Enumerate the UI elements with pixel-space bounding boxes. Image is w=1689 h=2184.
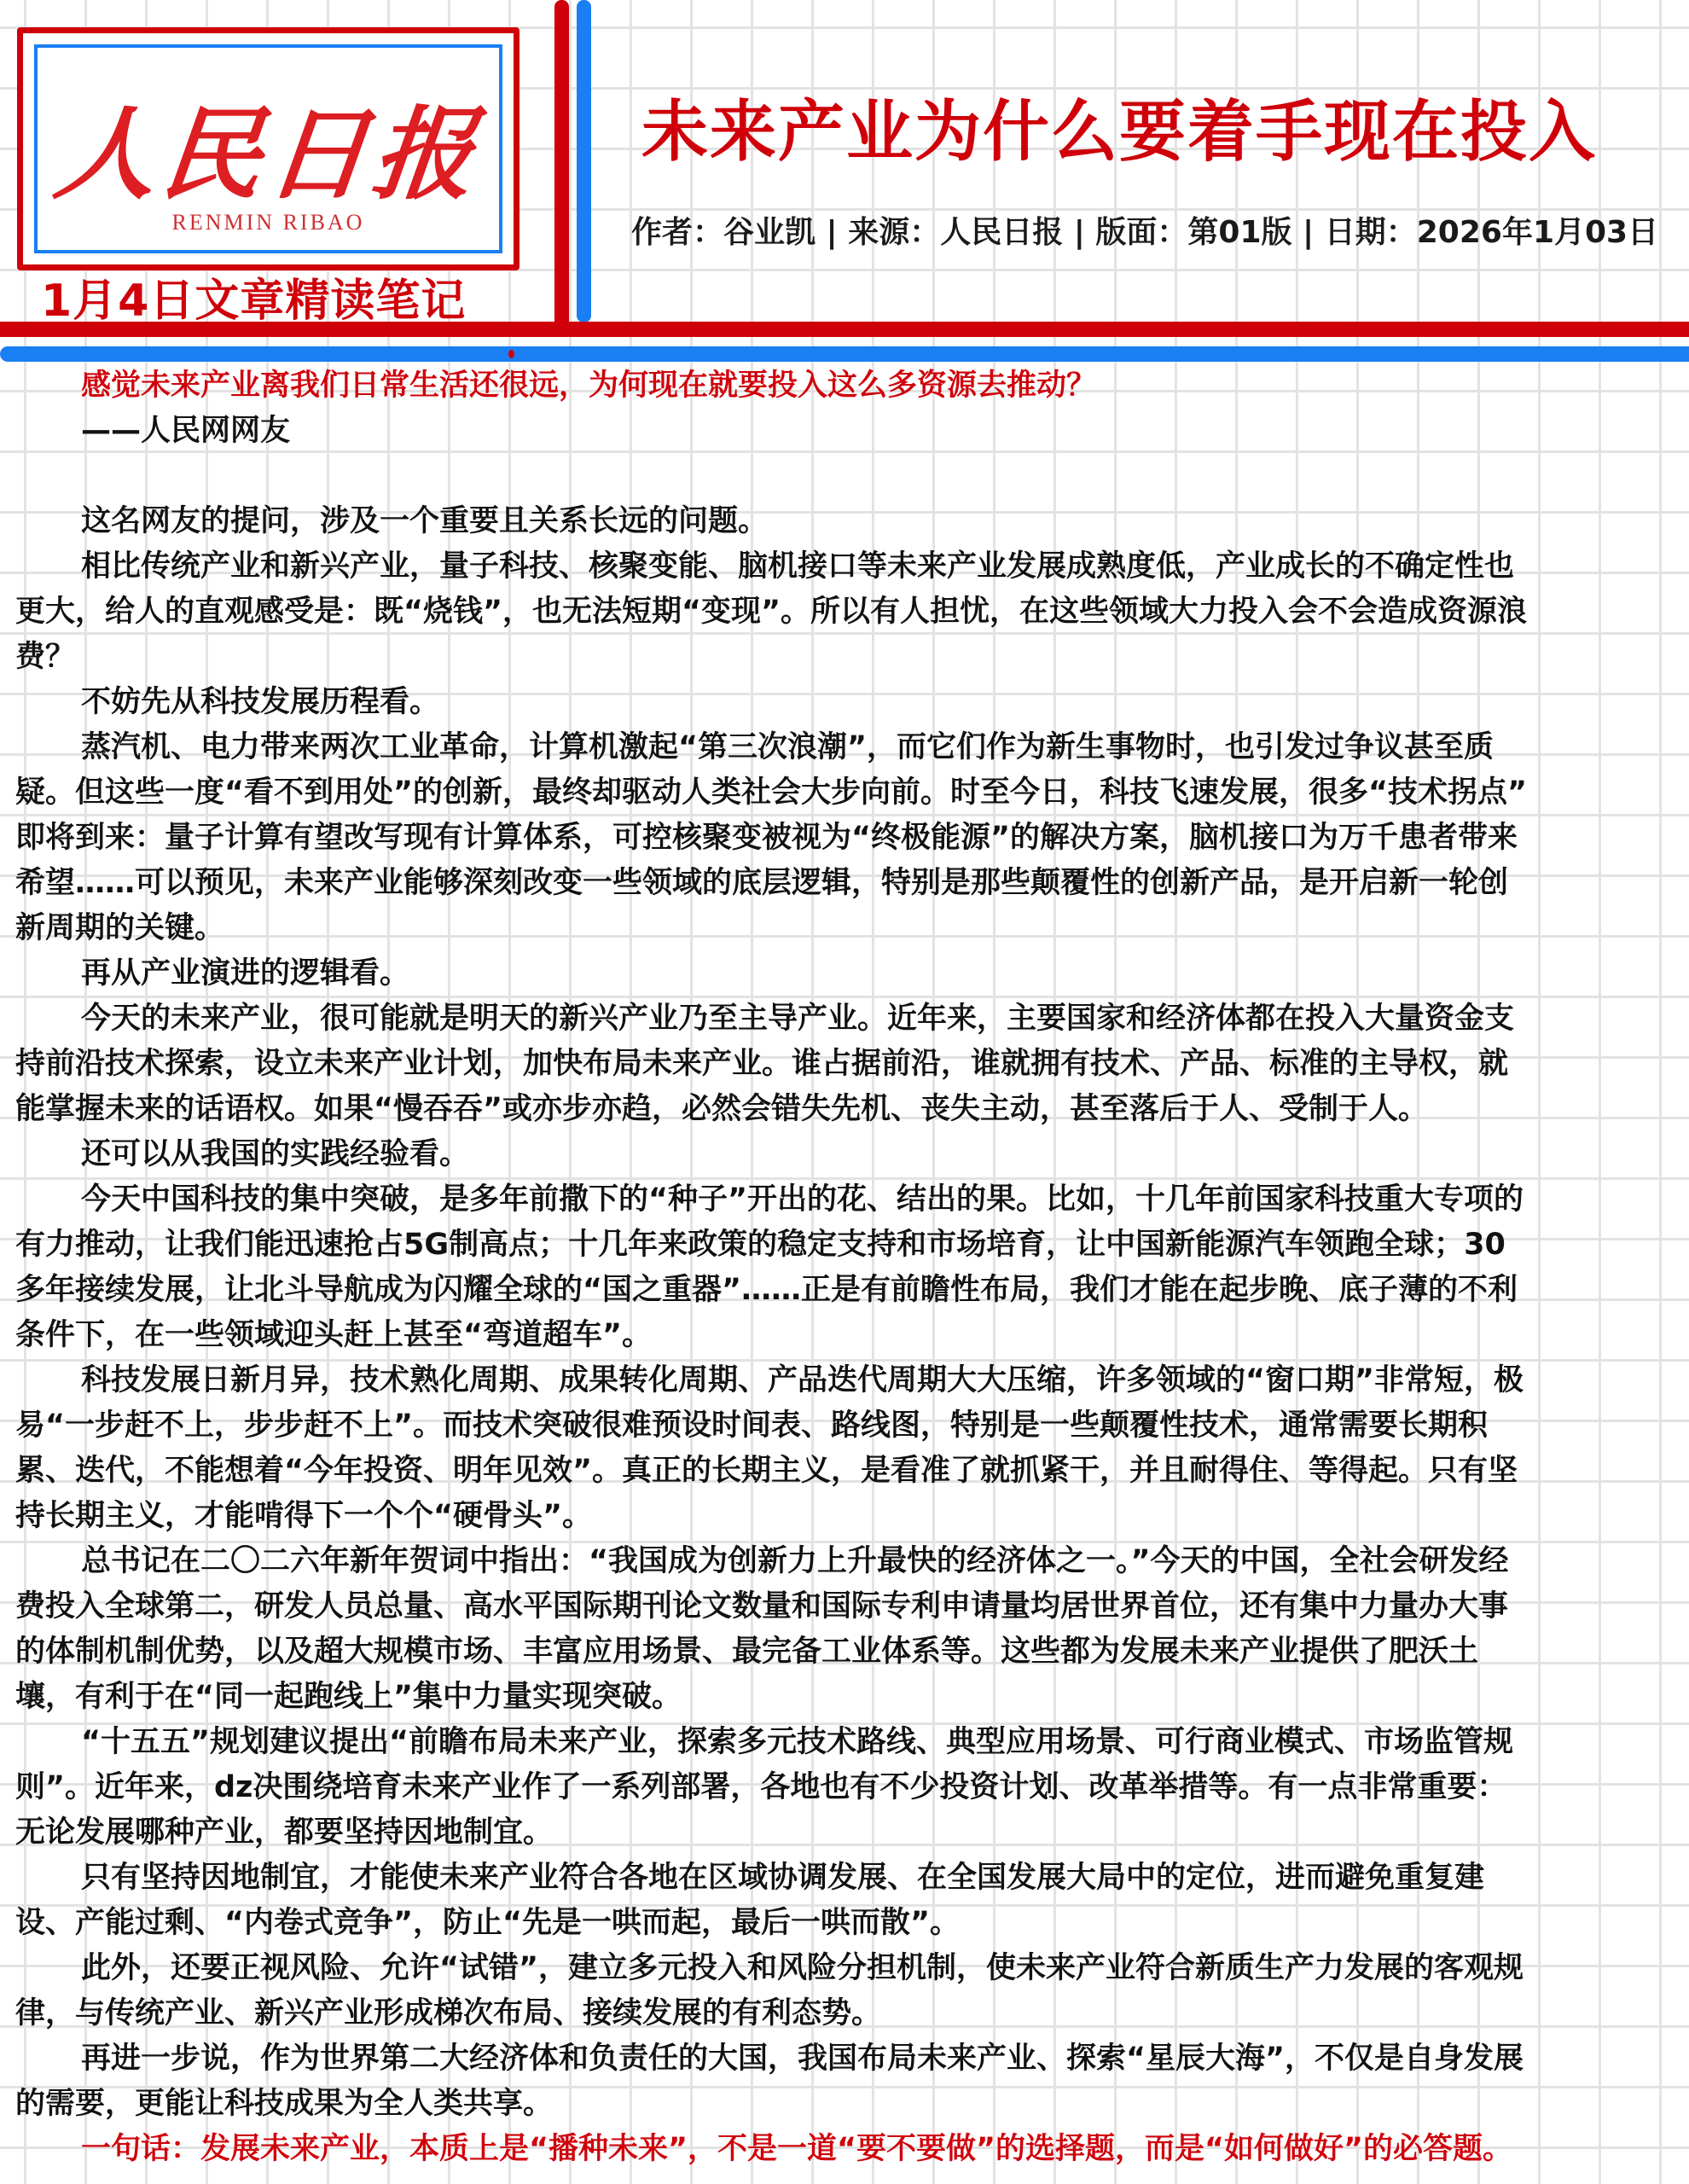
paragraph-line: 更大，给人的直观感受是：既“烧钱”，也无法短期“变现”。所以有人担忧，在这些领域…: [15, 590, 1674, 635]
newspaper-logo-text: 人民日报: [30, 73, 507, 218]
paragraph: 还可以从我国的实践经验看。: [15, 1132, 1674, 1177]
paragraph-line: 科技发展日新月异，技术熟化周期、成果转化周期、产品迭代周期大大压缩，许多领域的“…: [15, 1358, 1674, 1403]
article-body: 感觉未来产业离我们日常生活还很远，为何现在就要投入这么多资源去推动？ ——人民网…: [15, 363, 1674, 2172]
paragraph-line: 持前沿技术探索，设立未来产业计划，加快布局未来产业。谁占据前沿，谁就拥有技术、产…: [15, 1042, 1674, 1087]
paragraphs: 这名网友的提问，涉及一个重要且关系长远的问题。相比传统产业和新兴产业，量子科技、…: [15, 499, 1674, 2127]
blue-vertical-divider: [577, 0, 591, 322]
paragraph-line: 这名网友的提问，涉及一个重要且关系长远的问题。: [15, 499, 1674, 544]
reader-question: 感觉未来产业离我们日常生活还很远，为何现在就要投入这么多资源去推动？: [15, 363, 1674, 409]
article-meta: 作者：谷业凯 | 来源：人民日报 | 版面：第01版 | 日期：2026年1月0…: [631, 208, 1658, 252]
spacer: [15, 454, 1674, 499]
article-title: 未来产业为什么要着手现在投入: [641, 78, 1597, 174]
paragraph-line: 的需要，更能让科技成果为全人类共享。: [15, 2082, 1674, 2127]
paragraph: 再从产业演进的逻辑看。: [15, 951, 1674, 996]
paragraph-line: 总书记在二〇二六年新年贺词中指出：“我国成为创新力上升最快的经济体之一。”今天的…: [15, 1539, 1674, 1584]
paragraph-line: 累、迭代，不能想着“今年投资、明年见效”。真正的长期主义，是看准了就抓紧干，并且…: [15, 1449, 1674, 1494]
red-vertical-divider: [554, 0, 569, 337]
paragraph: 不妨先从科技发展历程看。: [15, 680, 1674, 725]
paragraph-line: 条件下，在一些领域迎头赶上甚至“弯道超车”。: [15, 1313, 1674, 1358]
blue-horizontal-divider: [0, 346, 1689, 362]
paragraph-line: 还可以从我国的实践经验看。: [15, 1132, 1674, 1177]
paragraph-line: 易“一步赶不上，步步赶不上”。而技术突破很难预设时间表、路线图，特别是一些颠覆性…: [15, 1403, 1674, 1449]
paragraph-line: 今天的未来产业，很可能就是明天的新兴产业乃至主导产业。近年来，主要国家和经济体都…: [15, 996, 1674, 1042]
note-label: 1月4日文章精读笔记: [41, 264, 466, 328]
paragraph: 这名网友的提问，涉及一个重要且关系长远的问题。: [15, 499, 1674, 544]
logo-inner-border: 人民日报 RENMIN RIBAO: [34, 44, 502, 253]
paragraph-line: 新周期的关键。: [15, 906, 1674, 951]
paragraph-line: “十五五”规划建议提出“前瞻布局未来产业，探索多元技术路线、典型应用场景、可行商…: [15, 1720, 1674, 1765]
paragraph-line: 有力推动，让我们能迅速抢占5G制高点；十几年来政策的稳定支持和市场培育，让中国新…: [15, 1223, 1674, 1268]
paragraph: 科技发展日新月异，技术熟化周期、成果转化周期、产品迭代周期大大压缩，许多领域的“…: [15, 1358, 1674, 1539]
paragraph-line: 能掌握未来的话语权。如果“慢吞吞”或亦步亦趋，必然会错失先机、丧失主动，甚至落后…: [15, 1087, 1674, 1132]
paragraph-line: 无论发展哪种产业，都要坚持因地制宜。: [15, 1810, 1674, 1856]
paragraph-line: 多年接续发展，让北斗导航成为闪耀全球的“国之重器”……正是有前瞻性布局，我们才能…: [15, 1268, 1674, 1313]
paragraph-line: 希望……可以预见，未来产业能够深刻改变一些领域的底层逻辑，特别是那些颠覆性的创新…: [15, 861, 1674, 906]
paragraph: 相比传统产业和新兴产业，量子科技、核聚变能、脑机接口等未来产业发展成熟度低，产业…: [15, 544, 1674, 680]
question-attribution: ——人民网网友: [15, 409, 1674, 454]
red-dot-mark: [508, 350, 514, 358]
paragraph-line: 此外，还要正视风险、允许“试错”，建立多元投入和风险分担机制，使未来产业符合新质…: [15, 1946, 1674, 1991]
paragraph-line: 不妨先从科技发展历程看。: [15, 680, 1674, 725]
paragraph-line: 费投入全球第二，研发人员总量、高水平国际期刊论文数量和国际专利申请量均居世界首位…: [15, 1584, 1674, 1629]
paragraph-line: 壤，有利于在“同一起跑线上”集中力量实现突破。: [15, 1675, 1674, 1720]
paragraph-line: 再从产业演进的逻辑看。: [15, 951, 1674, 996]
paragraph-line: 律，与传统产业、新兴产业形成梯次布局、接续发展的有利态势。: [15, 1991, 1674, 2036]
paragraph-line: 相比传统产业和新兴产业，量子科技、核聚变能、脑机接口等未来产业发展成熟度低，产业…: [15, 544, 1674, 590]
red-horizontal-divider: [0, 322, 1689, 337]
paragraph-line: 费？: [15, 635, 1674, 680]
paragraph-line: 持长期主义，才能啃得下一个个“硬骨头”。: [15, 1494, 1674, 1539]
paragraph: 只有坚持因地制宜，才能使未来产业符合各地在区域协调发展、在全国发展大局中的定位，…: [15, 1856, 1674, 1946]
paragraph-line: 疑。但这些一度“看不到用处”的创新，最终却驱动人类社会大步向前。时至今日，科技飞…: [15, 770, 1674, 816]
paragraph-line: 蒸汽机、电力带来两次工业革命，计算机激起“第三次浪潮”，而它们作为新生事物时，也…: [15, 725, 1674, 770]
conclusion: 一句话：发展未来产业，本质上是“播种未来”，不是一道“要不要做”的选择题，而是“…: [15, 2127, 1674, 2172]
paragraph: 今天的未来产业，很可能就是明天的新兴产业乃至主导产业。近年来，主要国家和经济体都…: [15, 996, 1674, 1132]
newspaper-logo-pinyin: RENMIN RIBAO: [38, 210, 499, 235]
paragraph: “十五五”规划建议提出“前瞻布局未来产业，探索多元技术路线、典型应用场景、可行商…: [15, 1720, 1674, 1856]
paragraph-line: 则”。近年来，dz决围绕培育未来产业作了一系列部署，各地也有不少投资计划、改革举…: [15, 1765, 1674, 1810]
paragraph: 蒸汽机、电力带来两次工业革命，计算机激起“第三次浪潮”，而它们作为新生事物时，也…: [15, 725, 1674, 951]
paragraph: 再进一步说，作为世界第二大经济体和负责任的大国，我国布局未来产业、探索“星辰大海…: [15, 2036, 1674, 2127]
paragraph-line: 再进一步说，作为世界第二大经济体和负责任的大国，我国布局未来产业、探索“星辰大海…: [15, 2036, 1674, 2082]
paragraph-line: 设、产能过剩、“内卷式竞争”，防止“先是一哄而起，最后一哄而散”。: [15, 1901, 1674, 1946]
paragraph-line: 今天中国科技的集中突破，是多年前撒下的“种子”开出的花、结出的果。比如，十几年前…: [15, 1177, 1674, 1223]
paragraph-line: 只有坚持因地制宜，才能使未来产业符合各地在区域协调发展、在全国发展大局中的定位，…: [15, 1856, 1674, 1901]
paragraph: 今天中国科技的集中突破，是多年前撒下的“种子”开出的花、结出的果。比如，十几年前…: [15, 1177, 1674, 1358]
paragraph-line: 即将到来：量子计算有望改写现有计算体系，可控核聚变被视为“终极能源”的解决方案，…: [15, 816, 1674, 861]
paragraph: 总书记在二〇二六年新年贺词中指出：“我国成为创新力上升最快的经济体之一。”今天的…: [15, 1539, 1674, 1720]
logo-frame: 人民日报 RENMIN RIBAO: [17, 27, 519, 270]
paragraph: 此外，还要正视风险、允许“试错”，建立多元投入和风险分担机制，使未来产业符合新质…: [15, 1946, 1674, 2036]
paragraph-line: 的体制机制优势，以及超大规模市场、丰富应用场景、最完备工业体系等。这些都为发展未…: [15, 1629, 1674, 1675]
